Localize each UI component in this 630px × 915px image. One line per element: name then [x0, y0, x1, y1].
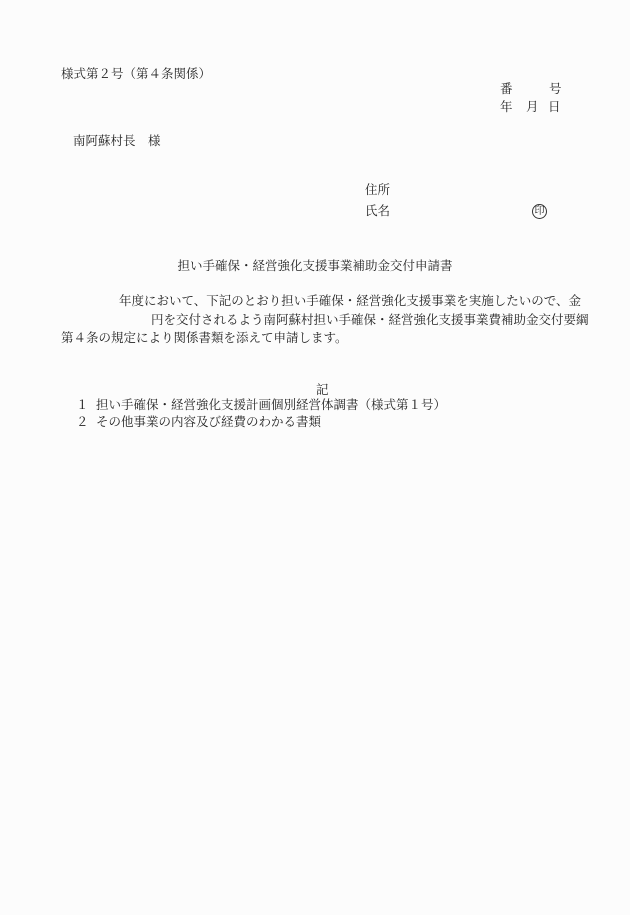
date-year-label: 年 [500, 98, 513, 116]
date-month-label: 月 [526, 98, 539, 116]
seal-glyph: 印 [535, 206, 545, 217]
seal-icon: 印 [532, 204, 547, 219]
attachment-1-text: 担い手確保・経営強化支援計画個別経営体調書（様式第１号） [96, 396, 446, 414]
body-line-3: 第４条の規定により関係書類を添えて申請します。 [61, 329, 348, 347]
body-line-1: 年度において、下記のとおり担い手確保・経営強化支援事業を実施したいので、金 [119, 292, 581, 310]
form-number: 様式第２号（第４条関係） [61, 65, 211, 83]
address-label: 住所 [365, 181, 390, 199]
addressee: 南阿蘇村長 様 [73, 132, 161, 150]
reference-number-label-left: 番 [500, 80, 513, 98]
attachment-2-number: ２ [76, 413, 89, 431]
date-day-label: 日 [548, 98, 561, 116]
attachment-1-number: １ [76, 396, 89, 414]
name-label: 氏名 [365, 202, 390, 220]
body-line-2: 円を交付されるよう南阿蘇村担い手確保・経営強化支援事業費補助金交付要綱 [151, 311, 589, 329]
document-page: 様式第２号（第４条関係） 番 号 年 月 日 南阿蘇村長 様 住所 氏名 印 担… [0, 0, 630, 915]
document-title: 担い手確保・経営強化支援事業補助金交付申請書 [0, 257, 630, 275]
reference-number-label-right: 号 [549, 80, 562, 98]
attachment-2-text: その他事業の内容及び経費のわかる書類 [96, 413, 321, 431]
